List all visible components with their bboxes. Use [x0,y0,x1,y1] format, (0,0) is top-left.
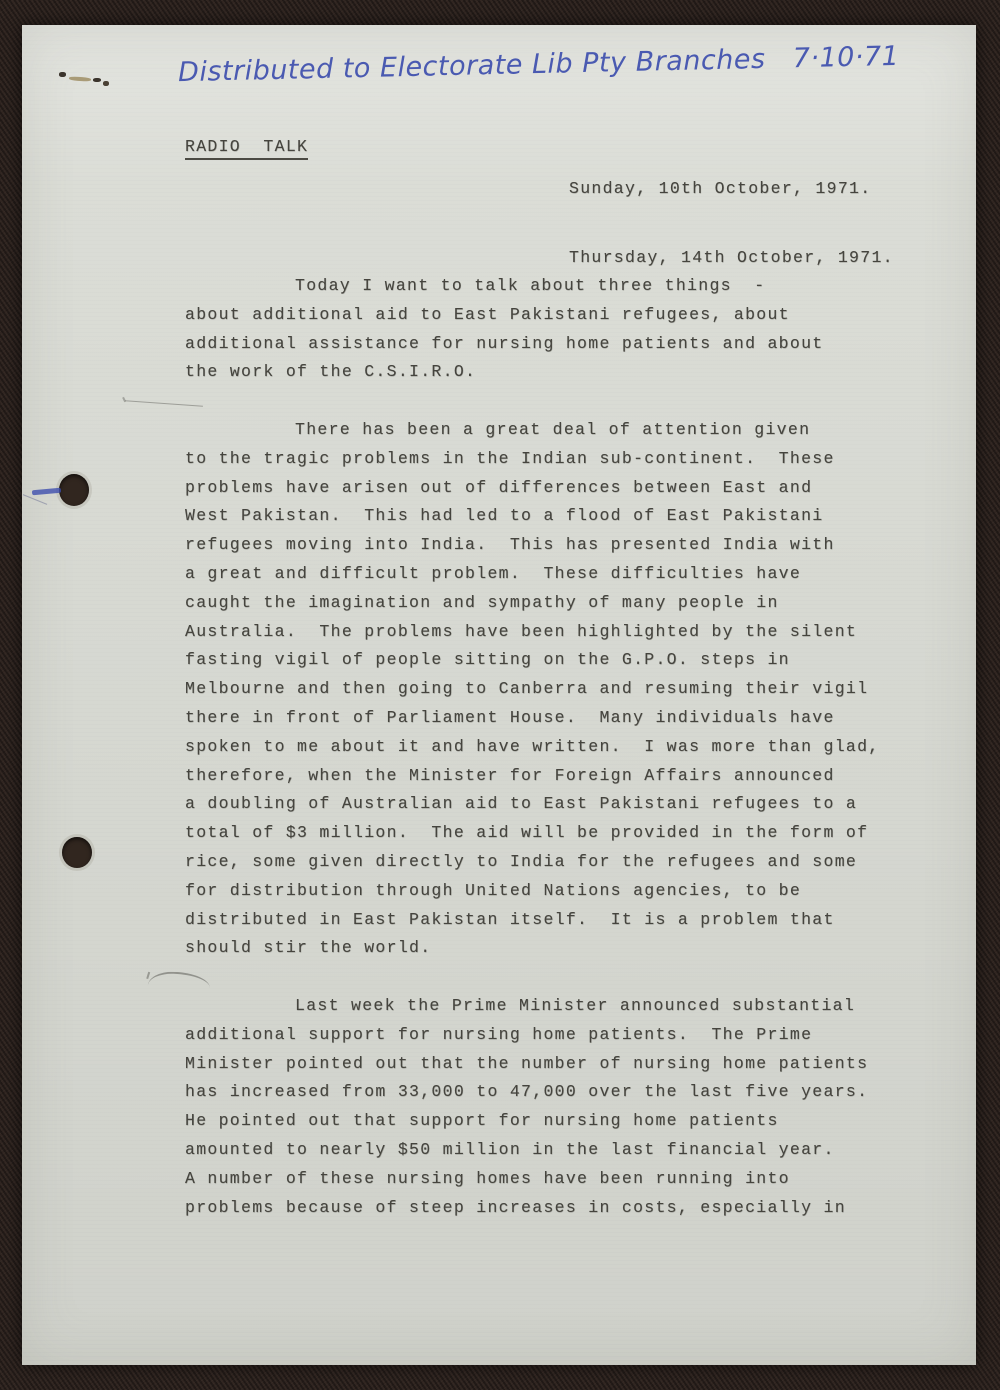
text-line: problems have arisen out of differences … [185,474,880,503]
punch-hole-bottom [62,837,92,868]
text-line: He pointed out that support for nursing … [185,1107,880,1136]
document-title: RADIO TALK [185,137,308,160]
paragraph-3: Last week the Prime Minister announced s… [185,992,880,1222]
text-line: Minister pointed out that the number of … [185,1050,880,1079]
document-body: Today I want to talk about three things … [185,272,880,1222]
text-line: therefore, when the Minister for Foreign… [185,762,880,791]
handwritten-annotation: Distributed to Electorate Lib Pty Branch… [178,41,900,88]
blue-pen-mark [32,488,61,496]
text-line: Australia. The problems have been highli… [185,618,880,647]
text-line: problems because of steep increases in c… [185,1194,880,1223]
text-line: West Pakistan. This had led to a flood o… [185,502,880,531]
paragraph-1: Today I want to talk about three things … [185,272,880,387]
date-line-2: Thursday, 14th October, 1971. [569,242,894,273]
text-line: additional assistance for nursing home p… [185,330,880,359]
text-line: to the tragic problems in the Indian sub… [185,445,880,474]
text-line: A number of these nursing homes have bee… [185,1165,880,1194]
staple-speck [103,81,109,86]
staple-speck [93,78,101,82]
date-line-1: Sunday, 10th October, 1971. [569,173,894,204]
staple-mark [55,65,125,91]
scan-background: Distributed to Electorate Lib Pty Branch… [0,0,1000,1390]
text-line: refugees moving into India. This has pre… [185,531,880,560]
text-line: distributed in East Pakistan itself. It … [185,906,880,935]
text-line: the work of the C.S.I.R.O. [185,358,880,387]
text-line: there in front of Parliament House. Many… [185,704,880,733]
text-line: a doubling of Australian aid to East Pak… [185,790,880,819]
text-line: about additional aid to East Pakistani r… [185,301,880,330]
text-line: should stir the world. [185,934,880,963]
text-line: spoken to me about it and have written. … [185,733,880,762]
text-line: caught the imagination and sympathy of m… [185,589,880,618]
staple-rust-smudge [69,76,91,82]
staple-speck [59,72,66,77]
text-line: has increased from 33,000 to 47,000 over… [185,1078,880,1107]
text-line: Today I want to talk about three things … [185,272,880,301]
text-line: a great and difficult problem. These dif… [185,560,880,589]
text-line: additional support for nursing home pati… [185,1021,880,1050]
paragraph-2: There has been a great deal of attention… [185,416,880,963]
punch-hole-top [59,474,89,506]
text-line: Melbourne and then going to Canberra and… [185,675,880,704]
text-line: for distribution through United Nations … [185,877,880,906]
text-line: amounted to nearly $50 million in the la… [185,1136,880,1165]
text-line: Last week the Prime Minister announced s… [185,992,880,1021]
pen-mark-tail [23,494,47,505]
text-line: fasting vigil of people sitting on the G… [185,646,880,675]
text-line: rice, some given directly to India for t… [185,848,880,877]
document-page: Distributed to Electorate Lib Pty Branch… [22,25,976,1365]
text-line: There has been a great deal of attention… [185,416,880,445]
text-line: total of $3 million. The aid will be pro… [185,819,880,848]
